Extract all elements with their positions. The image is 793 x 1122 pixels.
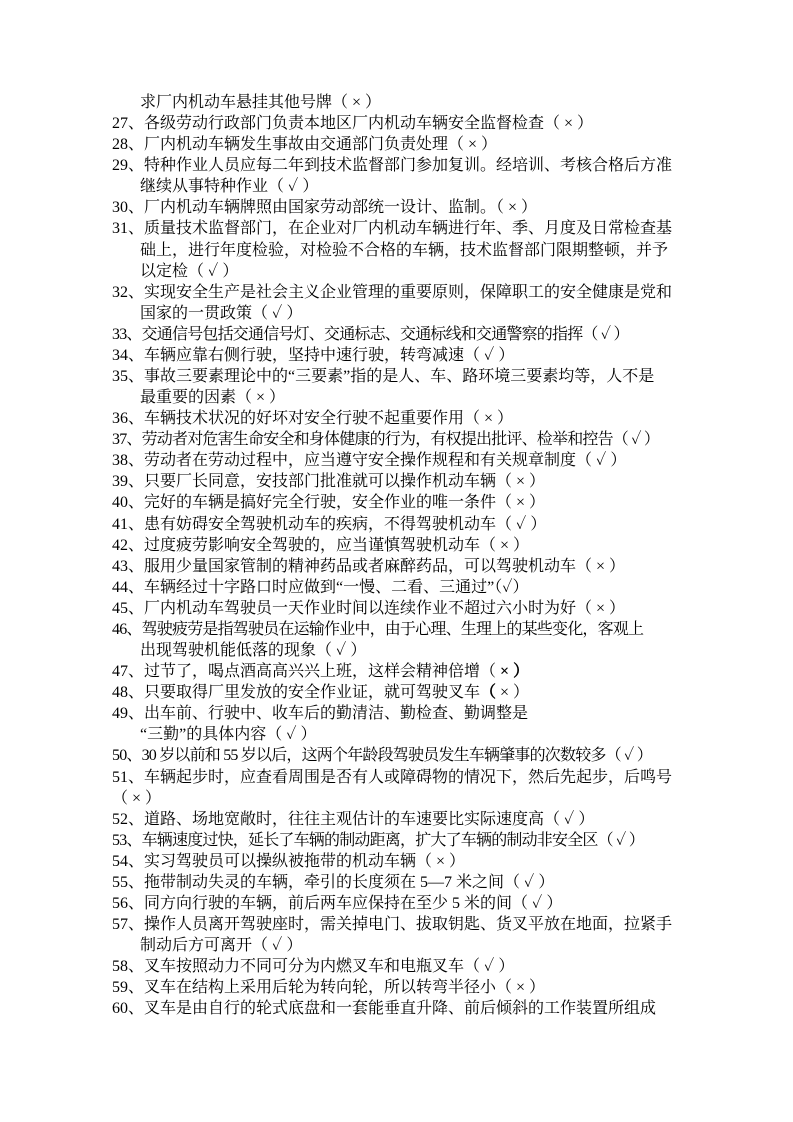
line-text: 60、叉车是由自行的轮式底盘和一套能垂直升降、前后倾斜的工作装置所组成: [112, 1000, 656, 1017]
quiz-line-1: 求厂内机动车悬挂其他号牌（ × ）: [0, 92, 793, 113]
quiz-line-35: 52、道路、场地宽敞时，往往主观估计的车速要比实际速度高（ ✓ ）: [0, 809, 793, 830]
quiz-line-24: 44、车辆经过十字路口时应做到“一慢、二看、三通过”（✓）: [0, 577, 793, 598]
line-text: 37、劳动者对危害生命安全和身体健康的行为，有权提出批评、检举和控告（ ✓ ）: [112, 431, 659, 448]
line-text: 34、车辆应靠右侧行驶，坚持中速行驶，转弯减速（ ✓ ）: [112, 347, 514, 364]
quiz-line-27: 出现驾驶机能低落的现象（ ✓ ）: [0, 640, 793, 661]
quiz-line-9: 以定检（ ✓ ）: [0, 261, 793, 282]
quiz-line-6: 30、厂内机动车辆牌照由国家劳动部统一设计、监制。（ × ）: [0, 197, 793, 218]
quiz-line-18: 38、劳动者在劳动过程中，应当遵守安全操作规程和有关规章制度（ ✓ ）: [0, 450, 793, 471]
quiz-line-34: （ × ）: [0, 788, 793, 809]
quiz-line-15: 最重要的因素（ × ）: [0, 387, 793, 408]
line-text: 33、交通信号包括交通信号灯、交通标志、交通标线和交通警察的指挥（ ✓ ）: [112, 326, 629, 343]
quiz-line-42: 58、叉车按照动力不同可分为内燃叉车和电瓶叉车（ ✓ ）: [0, 956, 793, 977]
line-text: 35、事故三要素理论中的“三要素”指的是人、车、路环境三要素均等，人不是: [112, 368, 654, 385]
quiz-line-11: 国家的一贯政策（ ✓ ）: [0, 303, 793, 324]
quiz-line-28: 47、过节了，喝点酒高高兴兴上班，这样会精神倍增（ × ）: [0, 661, 793, 682]
line-text: （ × ）: [112, 790, 161, 807]
line-text: 54、实习驾驶员可以操纵被拖带的机动车辆（ × ）: [112, 853, 465, 870]
line-text: 55、拖带制动失灵的车辆，牵引的长度须在 5—7 米之间（ ✓ ）: [112, 874, 554, 891]
answer-mark-bold: × ）: [500, 663, 529, 680]
quiz-line-44: 60、叉车是由自行的轮式底盘和一套能垂直升降、前后倾斜的工作装置所组成: [0, 998, 793, 1019]
line-text: 56、同方向行驶的车辆，前后两车应保持在至少 5 米的间（ ✓ ）: [112, 895, 562, 912]
line-text: 59、叉车在结构上采用后轮为转向轮，所以转弯半径小（ × ）: [112, 979, 545, 996]
line-text: 最重要的因素（ × ）: [140, 389, 285, 406]
answer-mark-bold: （: [480, 684, 496, 701]
line-text: 36、车辆技术状况的好坏对安全行驶不起重要作用（ × ）: [112, 410, 513, 427]
line-text: 38、劳动者在劳动过程中，应当遵守安全操作规程和有关规章制度（ ✓ ）: [112, 452, 626, 469]
quiz-line-10: 32、实现安全生产是社会主义企业管理的重要原则，保障职工的安全健康是党和: [0, 282, 793, 303]
line-text: 44、车辆经过十字路口时应做到“一慢、二看、三通过”（✓）: [112, 579, 529, 596]
line-text: 制动后方可离开（ ✓ ）: [140, 937, 302, 954]
line-text: “三勤”的具体内容（ ✓ ）: [140, 726, 317, 743]
line-text: 32、实现安全生产是社会主义企业管理的重要原则，保障职工的安全健康是党和: [112, 284, 672, 301]
line-text: 52、道路、场地宽敞时，往往主观估计的车速要比实际速度高（ ✓ ）: [112, 811, 594, 828]
line-text: 以定检（ ✓ ）: [140, 263, 238, 280]
line-text: × ）: [496, 684, 529, 701]
quiz-line-38: 55、拖带制动失灵的车辆，牵引的长度须在 5—7 米之间（ ✓ ）: [0, 872, 793, 893]
quiz-line-19: 39、只要厂长同意，安技部门批准就可以操作机动车辆（ × ）: [0, 471, 793, 492]
quiz-line-37: 54、实习驾驶员可以操纵被拖带的机动车辆（ × ）: [0, 851, 793, 872]
quiz-line-26: 46、驾驶疲劳是指驾驶员在运输作业中，由于心理、生理上的某些变化，客观上: [0, 619, 793, 640]
line-text: 求厂内机动车悬挂其他号牌（ × ）: [140, 94, 381, 111]
line-text: 49、出车前、行驶中、收车后的勤清洁、勤检查、勤调整是: [112, 705, 528, 722]
line-text: 47、过节了，喝点酒高高兴兴上班，这样会精神倍增（: [112, 663, 500, 680]
quiz-line-20: 40、完好的车辆是搞好完全行驶，安全作业的唯一条件（ × ）: [0, 492, 793, 513]
quiz-line-32: 50、30 岁以前和 55 岁以后，这两个年龄段驾驶员发生车辆肇事的次数较多（ …: [0, 745, 793, 766]
quiz-line-41: 制动后方可离开（ ✓ ）: [0, 935, 793, 956]
line-text: 50、30 岁以前和 55 岁以后，这两个年龄段驾驶员发生车辆肇事的次数较多（ …: [112, 747, 652, 764]
line-text: 础上，进行年度检验，对检验不合格的车辆，技术监督部门限期整顿，并予: [140, 242, 668, 259]
quiz-line-12: 33、交通信号包括交通信号灯、交通标志、交通标线和交通警察的指挥（ ✓ ）: [0, 324, 793, 345]
line-text: 48、只要取得厂里发放的安全作业证，就可驾驶叉车: [112, 684, 480, 701]
line-text: 27、各级劳动行政部门负责本地区厂内机动车辆安全监督检查（ × ）: [112, 115, 593, 132]
line-text: 28、厂内机动车辆发生事故由交通部门负责处理（ × ）: [112, 136, 497, 153]
quiz-line-23: 43、服用少量国家管制的精神药品或者麻醉药品，可以驾驶机动车（ × ）: [0, 556, 793, 577]
line-text: 46、驾驶疲劳是指驾驶员在运输作业中，由于心理、生理上的某些变化，客观上: [112, 621, 643, 638]
quiz-line-8: 础上，进行年度检验，对检验不合格的车辆，技术监督部门限期整顿，并予: [0, 240, 793, 261]
line-text: 29、特种作业人员应每二年到技术监督部门参加复训。经培训、考核合格后方准: [112, 157, 672, 174]
quiz-line-36: 53、车辆速度过快，延长了车辆的制动距离，扩大了车辆的制动非安全区（ ✓ ）: [0, 830, 793, 851]
quiz-line-25: 45、厂内机动车驾驶员一天作业时间以连续作业不超过六小时为好（ × ）: [0, 598, 793, 619]
quiz-line-22: 42、过度疲劳影响安全驾驶的，应当谨慎驾驶机动车（ × ）: [0, 535, 793, 556]
line-text: 30、厂内机动车辆牌照由国家劳动部统一设计、监制。（ × ）: [112, 199, 537, 216]
quiz-line-16: 36、车辆技术状况的好坏对安全行驶不起重要作用（ × ）: [0, 408, 793, 429]
line-text: 58、叉车按照动力不同可分为内燃叉车和电瓶叉车（ ✓ ）: [112, 958, 514, 975]
line-text: 43、服用少量国家管制的精神药品或者麻醉药品，可以驾驶机动车（ × ）: [112, 558, 625, 575]
line-text: 45、厂内机动车驾驶员一天作业时间以连续作业不超过六小时为好（ × ）: [112, 600, 625, 617]
quiz-line-4: 29、特种作业人员应每二年到技术监督部门参加复训。经培训、考核合格后方准: [0, 155, 793, 176]
line-text: 31、质量技术监督部门，在企业对厂内机动车辆进行年、季、月度及日常检查基: [112, 220, 672, 237]
line-text: 41、患有妨碍安全驾驶机动车的疾病，不得驾驶机动车（ ✓ ）: [112, 516, 546, 533]
line-text: 51、车辆起步时，应查看周围是否有人或障碍物的情况下，然后先起步，后鸣号: [112, 769, 672, 786]
quiz-line-2: 27、各级劳动行政部门负责本地区厂内机动车辆安全监督检查（ × ）: [0, 113, 793, 134]
line-text: 53、车辆速度过快，延长了车辆的制动距离，扩大了车辆的制动非安全区（ ✓ ）: [112, 832, 644, 849]
quiz-line-17: 37、劳动者对危害生命安全和身体健康的行为，有权提出批评、检举和控告（ ✓ ）: [0, 429, 793, 450]
quiz-line-13: 34、车辆应靠右侧行驶，坚持中速行驶，转弯减速（ ✓ ）: [0, 345, 793, 366]
quiz-line-39: 56、同方向行驶的车辆，前后两车应保持在至少 5 米的间（ ✓ ）: [0, 893, 793, 914]
line-text: 39、只要厂长同意，安技部门批准就可以操作机动车辆（ × ）: [112, 473, 545, 490]
line-text: 继续从事特种作业（ ✓ ）: [140, 178, 318, 195]
quiz-line-31: “三勤”的具体内容（ ✓ ）: [0, 724, 793, 745]
quiz-line-33: 51、车辆起步时，应查看周围是否有人或障碍物的情况下，然后先起步，后鸣号: [0, 767, 793, 788]
quiz-line-7: 31、质量技术监督部门，在企业对厂内机动车辆进行年、季、月度及日常检查基: [0, 218, 793, 239]
quiz-line-5: 继续从事特种作业（ ✓ ）: [0, 176, 793, 197]
line-text: 40、完好的车辆是搞好完全行驶，安全作业的唯一条件（ × ）: [112, 494, 545, 511]
document-page: 求厂内机动车悬挂其他号牌（ × ）27、各级劳动行政部门负责本地区厂内机动车辆安…: [0, 92, 793, 1019]
quiz-line-29: 48、只要取得厂里发放的安全作业证，就可驾驶叉车（ × ）: [0, 682, 793, 703]
line-text: 42、过度疲劳影响安全驾驶的，应当谨慎驾驶机动车（ × ）: [112, 537, 529, 554]
quiz-line-14: 35、事故三要素理论中的“三要素”指的是人、车、路环境三要素均等，人不是: [0, 366, 793, 387]
quiz-line-30: 49、出车前、行驶中、收车后的勤清洁、勤检查、勤调整是: [0, 703, 793, 724]
line-text: 出现驾驶机能低落的现象（ ✓ ）: [140, 642, 366, 659]
line-text: 国家的一贯政策（ ✓ ）: [140, 305, 302, 322]
line-text: 57、操作人员离开驾驶座时，需关掉电门、拔取钥匙、货叉平放在地面，拉紧手: [112, 916, 672, 933]
quiz-line-21: 41、患有妨碍安全驾驶机动车的疾病，不得驾驶机动车（ ✓ ）: [0, 514, 793, 535]
quiz-line-43: 59、叉车在结构上采用后轮为转向轮，所以转弯半径小（ × ）: [0, 977, 793, 998]
quiz-line-40: 57、操作人员离开驾驶座时，需关掉电门、拔取钥匙、货叉平放在地面，拉紧手: [0, 914, 793, 935]
quiz-line-3: 28、厂内机动车辆发生事故由交通部门负责处理（ × ）: [0, 134, 793, 155]
